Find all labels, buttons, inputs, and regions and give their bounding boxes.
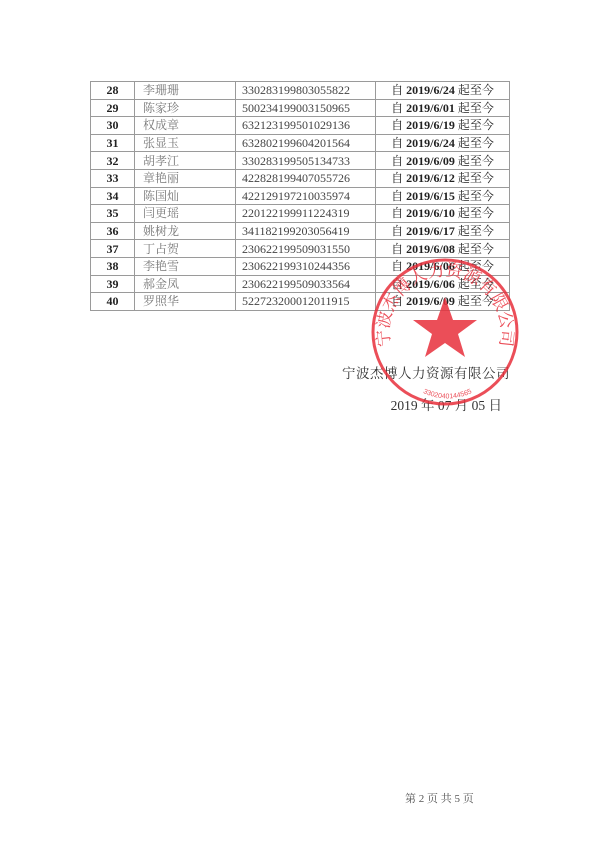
since-date: 2019/6/09 — [406, 294, 455, 308]
since-suffix: 起至今 — [458, 277, 494, 291]
company-name: 宁波杰博人力资源有限公司 — [330, 362, 510, 382]
id-number: 220122199911224319 — [236, 205, 376, 223]
employee-name: 陈国灿 — [135, 187, 236, 205]
employee-table-body: 28李珊珊330283199803055822自 2019/6/24 起至今29… — [91, 82, 510, 311]
since-prefix: 自 — [391, 171, 403, 185]
since-date: 2019/6/19 — [406, 118, 455, 132]
since-prefix: 自 — [391, 101, 403, 115]
table-row: 37丁占贺230622199509031550自 2019/6/08 起至今 — [91, 240, 510, 258]
id-number: 422828199407055726 — [236, 169, 376, 187]
id-number: 341182199203056419 — [236, 222, 376, 240]
since-suffix: 起至今 — [458, 206, 494, 220]
row-number: 31 — [91, 134, 135, 152]
since-date: 2019/6/09 — [406, 154, 455, 168]
employee-name: 闫更瑶 — [135, 205, 236, 223]
employee-name: 李艳雪 — [135, 257, 236, 275]
employment-since: 自 2019/6/24 起至今 — [376, 134, 510, 152]
signoff-date: 2019 年 07 月 05 日 — [330, 394, 510, 414]
since-prefix: 自 — [391, 118, 403, 132]
since-suffix: 起至今 — [458, 136, 494, 150]
table-row: 34陈国灿422129197210035974自 2019/6/15 起至今 — [91, 187, 510, 205]
since-date: 2019/6/08 — [406, 242, 455, 256]
since-suffix: 起至今 — [458, 242, 494, 256]
employment-since: 自 2019/6/12 起至今 — [376, 169, 510, 187]
since-date: 2019/6/06 — [406, 259, 455, 273]
since-prefix: 自 — [391, 277, 403, 291]
since-prefix: 自 — [391, 83, 403, 97]
table-row: 38李艳雪230622199310244356自 2019/6/06 起至今 — [91, 257, 510, 275]
employment-since: 自 2019/6/24 起至今 — [376, 82, 510, 100]
since-suffix: 起至今 — [458, 171, 494, 185]
since-date: 2019/6/15 — [406, 189, 455, 203]
since-suffix: 起至今 — [458, 154, 494, 168]
id-number: 230622199509033564 — [236, 275, 376, 293]
employment-since: 自 2019/6/15 起至今 — [376, 187, 510, 205]
id-number: 632123199501029136 — [236, 117, 376, 135]
employment-since: 自 2019/6/10 起至今 — [376, 205, 510, 223]
since-suffix: 起至今 — [458, 259, 494, 273]
row-number: 32 — [91, 152, 135, 170]
row-number: 33 — [91, 169, 135, 187]
table-row: 36姚树龙341182199203056419自 2019/6/17 起至今 — [91, 222, 510, 240]
since-prefix: 自 — [391, 206, 403, 220]
since-prefix: 自 — [391, 136, 403, 150]
since-suffix: 起至今 — [458, 294, 494, 308]
employment-since: 自 2019/6/19 起至今 — [376, 117, 510, 135]
since-prefix: 自 — [391, 294, 403, 308]
signoff-block: 宁波杰博人力资源有限公司 2019 年 07 月 05 日 — [330, 362, 510, 414]
employee-name: 权成章 — [135, 117, 236, 135]
since-prefix: 自 — [391, 224, 403, 238]
employment-since: 自 2019/6/09 起至今 — [376, 152, 510, 170]
id-number: 422129197210035974 — [236, 187, 376, 205]
employee-name: 张显玉 — [135, 134, 236, 152]
row-number: 40 — [91, 293, 135, 311]
table-row: 30权成章632123199501029136自 2019/6/19 起至今 — [91, 117, 510, 135]
id-number: 330283199803055822 — [236, 82, 376, 100]
table-row: 35闫更瑶220122199911224319自 2019/6/10 起至今 — [91, 205, 510, 223]
since-prefix: 自 — [391, 242, 403, 256]
since-prefix: 自 — [391, 154, 403, 168]
since-date: 2019/6/01 — [406, 101, 455, 115]
since-date: 2019/6/06 — [406, 277, 455, 291]
id-number: 522723200012011915 — [236, 293, 376, 311]
since-prefix: 自 — [391, 189, 403, 203]
employee-name: 丁占贺 — [135, 240, 236, 258]
employment-since: 自 2019/6/17 起至今 — [376, 222, 510, 240]
table-row: 28李珊珊330283199803055822自 2019/6/24 起至今 — [91, 82, 510, 100]
row-number: 36 — [91, 222, 135, 240]
id-number: 330283199505134733 — [236, 152, 376, 170]
employment-since: 自 2019/6/06 起至今 — [376, 275, 510, 293]
id-number: 500234199003150965 — [236, 99, 376, 117]
since-suffix: 起至今 — [458, 118, 494, 132]
since-date: 2019/6/24 — [406, 136, 455, 150]
table-row: 33章艳丽422828199407055726自 2019/6/12 起至今 — [91, 169, 510, 187]
employee-name: 李珊珊 — [135, 82, 236, 100]
employment-since: 自 2019/6/01 起至今 — [376, 99, 510, 117]
since-suffix: 起至今 — [458, 224, 494, 238]
since-suffix: 起至今 — [458, 189, 494, 203]
since-suffix: 起至今 — [458, 101, 494, 115]
employment-since: 自 2019/6/08 起至今 — [376, 240, 510, 258]
employment-since: 自 2019/6/09 起至今 — [376, 293, 510, 311]
row-number: 35 — [91, 205, 135, 223]
page-indicator: 第 2 页 共 5 页 — [405, 790, 474, 806]
table-row: 40罗照华522723200012011915自 2019/6/09 起至今 — [91, 293, 510, 311]
employee-name: 姚树龙 — [135, 222, 236, 240]
row-number: 38 — [91, 257, 135, 275]
employee-name: 罗照华 — [135, 293, 236, 311]
employee-name: 陈家珍 — [135, 99, 236, 117]
since-prefix: 自 — [391, 259, 403, 273]
employee-name: 郝金凤 — [135, 275, 236, 293]
row-number: 30 — [91, 117, 135, 135]
since-date: 2019/6/24 — [406, 83, 455, 97]
employee-name: 胡孝江 — [135, 152, 236, 170]
row-number: 29 — [91, 99, 135, 117]
row-number: 28 — [91, 82, 135, 100]
id-number: 230622199509031550 — [236, 240, 376, 258]
table-row: 32胡孝江330283199505134733自 2019/6/09 起至今 — [91, 152, 510, 170]
table-row: 39郝金凤230622199509033564自 2019/6/06 起至今 — [91, 275, 510, 293]
row-number: 37 — [91, 240, 135, 258]
row-number: 34 — [91, 187, 135, 205]
since-suffix: 起至今 — [458, 83, 494, 97]
since-date: 2019/6/17 — [406, 224, 455, 238]
row-number: 39 — [91, 275, 135, 293]
employee-name: 章艳丽 — [135, 169, 236, 187]
employee-table: 28李珊珊330283199803055822自 2019/6/24 起至今29… — [90, 81, 510, 311]
table-row: 31张显玉632802199604201564自 2019/6/24 起至今 — [91, 134, 510, 152]
since-date: 2019/6/12 — [406, 171, 455, 185]
id-number: 230622199310244356 — [236, 257, 376, 275]
table-row: 29陈家珍500234199003150965自 2019/6/01 起至今 — [91, 99, 510, 117]
since-date: 2019/6/10 — [406, 206, 455, 220]
employment-since: 自 2019/6/06 起至今 — [376, 257, 510, 275]
id-number: 632802199604201564 — [236, 134, 376, 152]
